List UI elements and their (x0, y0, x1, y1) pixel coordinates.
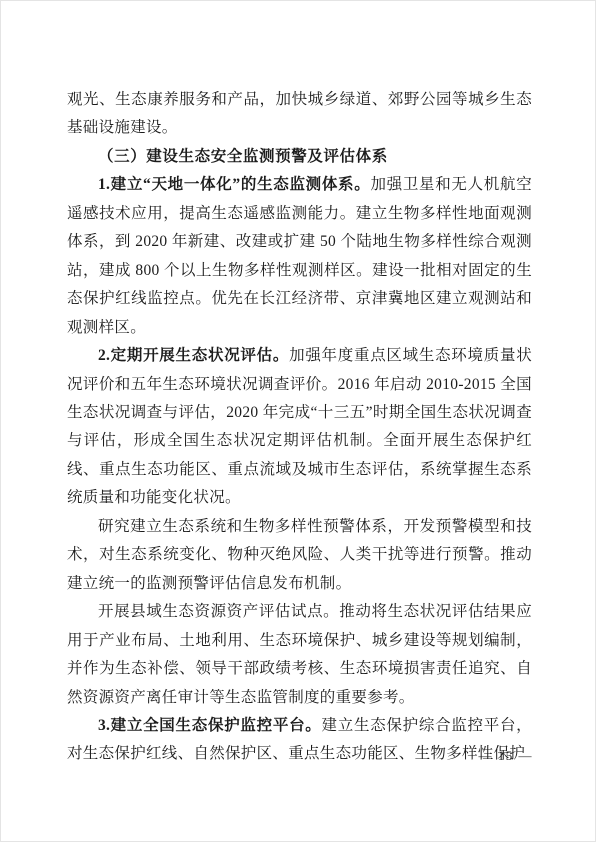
page-number: — 15 — (479, 746, 534, 766)
paragraph-item-1: 1.建立“天地一体化”的生态监测体系。加强卫星和无人机航空遥感技术应用，提高生态… (67, 171, 532, 342)
section-heading: （三）建设生态安全监测预警及评估体系 (67, 143, 532, 171)
paragraph-lead: 2.定期开展生态状况评估。 (98, 347, 289, 364)
paragraph-lead: 3.建立全国生态保护监控平台。 (98, 717, 322, 734)
paragraph-lead: 1.建立“天地一体化”的生态监测体系。 (98, 176, 370, 193)
paragraph-text: 加强卫星和无人机航空遥感技术应用，提高生态遥感监测能力。建立生物多样性地面观测体… (67, 176, 532, 335)
paragraph: 研究建立生态系统和生物多样性预警体系，开发预警模型和技术，对生态系统变化、物种灭… (67, 513, 532, 598)
paragraph: 开展县域生态资源资产评估试点。推动将生态状况评估结果应用于产业布局、土地利用、生… (67, 598, 532, 712)
paragraph-item-2: 2.定期开展生态状况评估。加强年度重点区域生态环境质量状况评价和五年生态环境状况… (67, 342, 532, 513)
paragraph-text: 研究建立生态系统和生物多样性预警体系，开发预警模型和技术，对生态系统变化、物种灭… (67, 518, 532, 592)
document-page: 观光、生态康养服务和产品，加快城乡绿道、郊野公园等城乡生态基础设施建设。 （三）… (0, 0, 596, 842)
paragraph-continuation: 观光、生态康养服务和产品，加快城乡绿道、郊野公园等城乡生态基础设施建设。 (67, 86, 532, 143)
document-body: 观光、生态康养服务和产品，加快城乡绿道、郊野公园等城乡生态基础设施建设。 （三）… (67, 86, 532, 769)
paragraph-text: 加强年度重点区域生态环境质量状况评价和五年生态环境状况调查评价。2016 年启动… (67, 347, 532, 506)
paragraph-text: 开展县域生态资源资产评估试点。推动将生态状况评估结果应用于产业布局、土地利用、生… (67, 603, 532, 705)
paragraph-text: 观光、生态康养服务和产品，加快城乡绿道、郊野公园等城乡生态基础设施建设。 (67, 91, 532, 136)
paragraph-item-3: 3.建立全国生态保护监控平台。建立生态保护综合监控平台，对生态保护红线、自然保护… (67, 712, 532, 769)
